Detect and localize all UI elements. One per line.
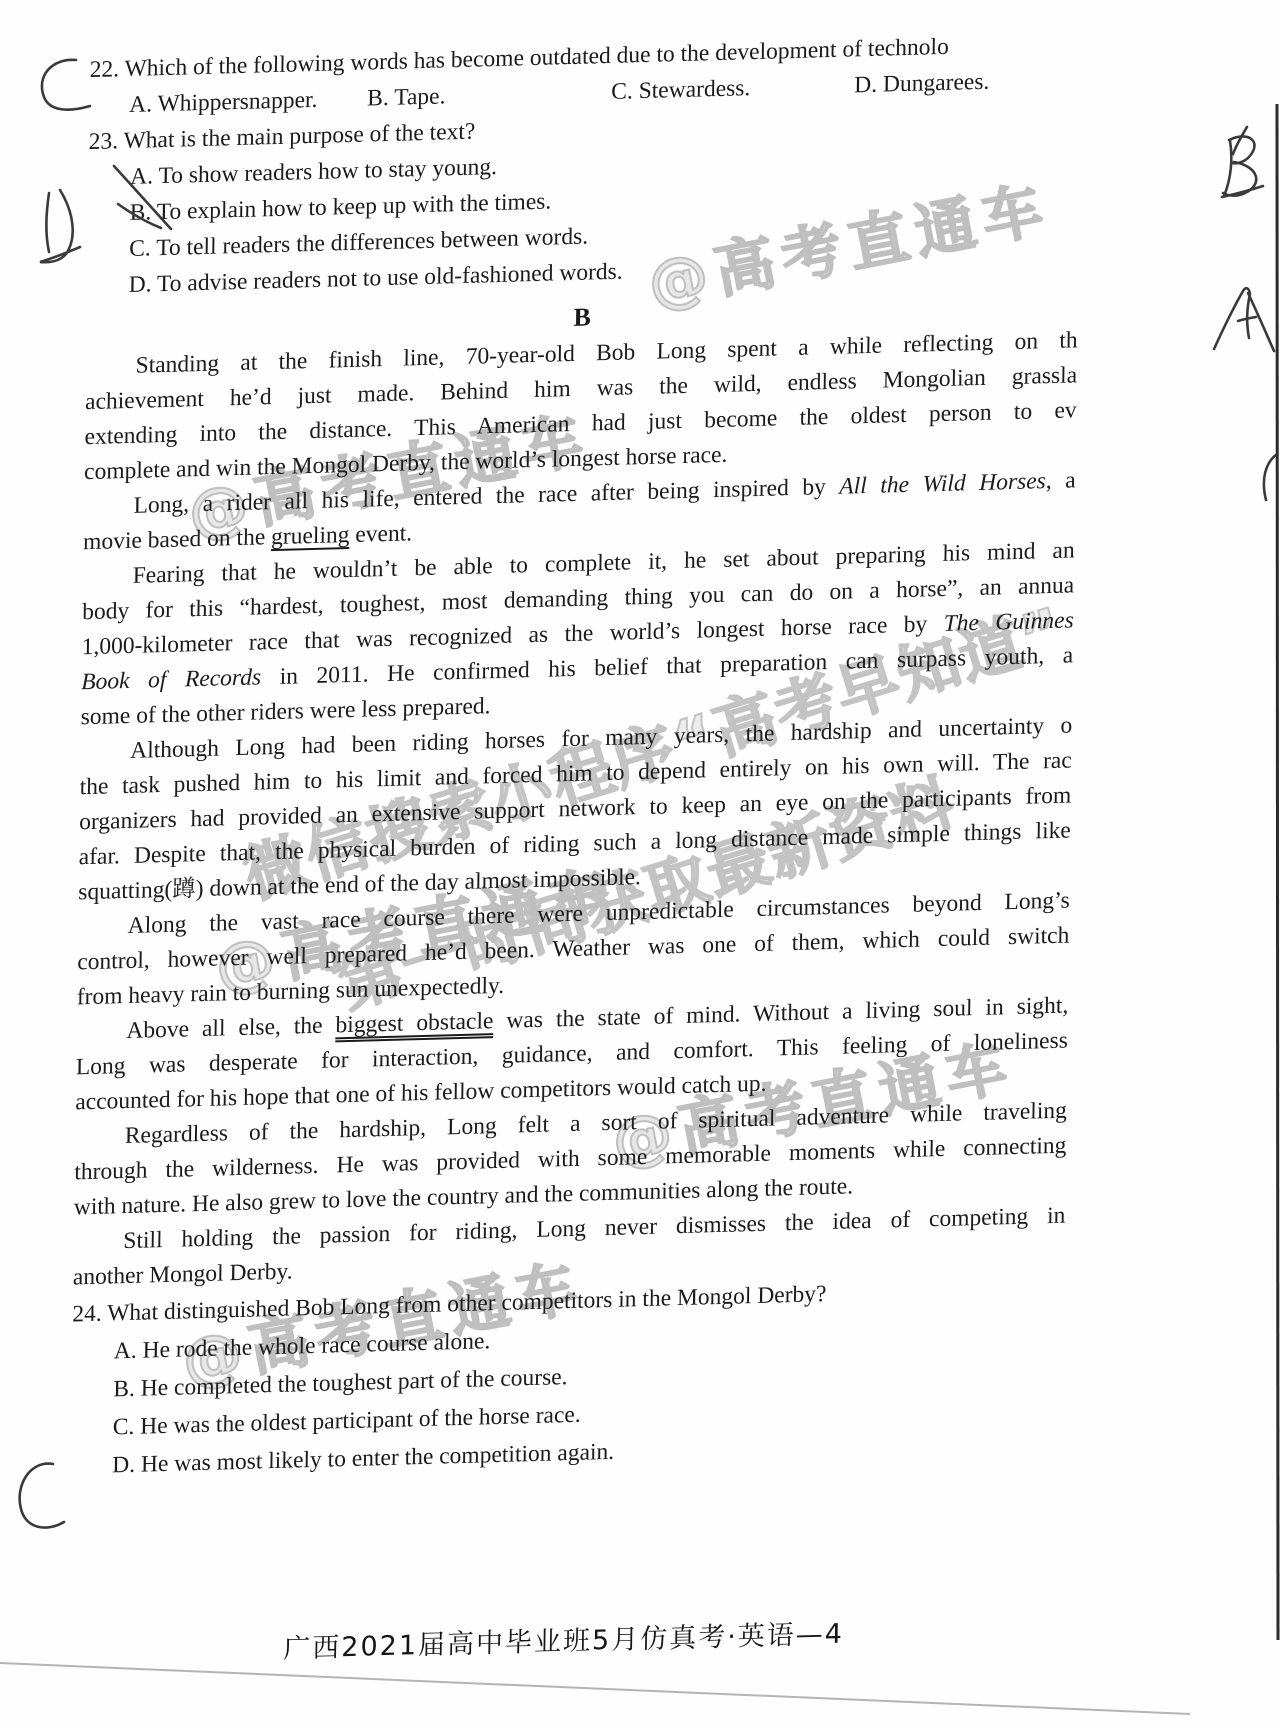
passage-paragraph: Fearing that he wouldn’t be able to comp…	[80, 533, 1074, 735]
page-footer: 广西2021届高中毕业班5月仿真考·英语—4	[67, 1609, 1060, 1676]
handwritten-letter-c-bottom	[20, 1464, 64, 1528]
handwritten-letter-b-right	[1224, 141, 1231, 196]
question-23-options: A. To show readers how to stay young.B. …	[86, 133, 1080, 304]
question-24: 24. What distinguished Bob Long from oth…	[70, 1269, 1065, 1486]
option-b: B. Tape.	[367, 74, 612, 117]
handwritten-letter-b-right-2	[1229, 136, 1254, 163]
question-24-options: A. He rode the whole race course alone.B…	[70, 1307, 1064, 1486]
handwritten-letter-d-left-2	[40, 190, 80, 262]
handwritten-letter-d-left	[46, 193, 49, 252]
scan-right-edge	[1277, 104, 1278, 1640]
option-c: C. Stewardess.	[611, 67, 855, 110]
handwritten-letter-a-right-leg	[1248, 293, 1274, 351]
exam-page-scan: { "page": { "footer": "广西2021届高中毕业班5月仿真考…	[0, 0, 1280, 1724]
handwritten-tick-q22	[1233, 127, 1247, 154]
handwritten-letter-b-right-4	[1222, 186, 1263, 197]
handwritten-letter-b-right-3	[1223, 162, 1256, 196]
handwritten-letter-a-right	[1214, 288, 1250, 349]
option-d: D. Dungarees.	[854, 64, 990, 104]
passage-paragraph: Although Long had been riding horses for…	[78, 708, 1072, 910]
printed-exam-text: 22. Which of the following words has bec…	[67, 25, 1082, 1675]
passage-paragraph: Standing at the finish line, 70-year-old…	[84, 323, 1078, 490]
question-23: 23. What is the main purpose of the text…	[86, 97, 1081, 304]
handwritten-letter-c-top	[42, 60, 90, 110]
handwritten-letter-a-right-crossbar	[1238, 317, 1256, 321]
handwritten-edge-stroke	[1264, 454, 1277, 500]
